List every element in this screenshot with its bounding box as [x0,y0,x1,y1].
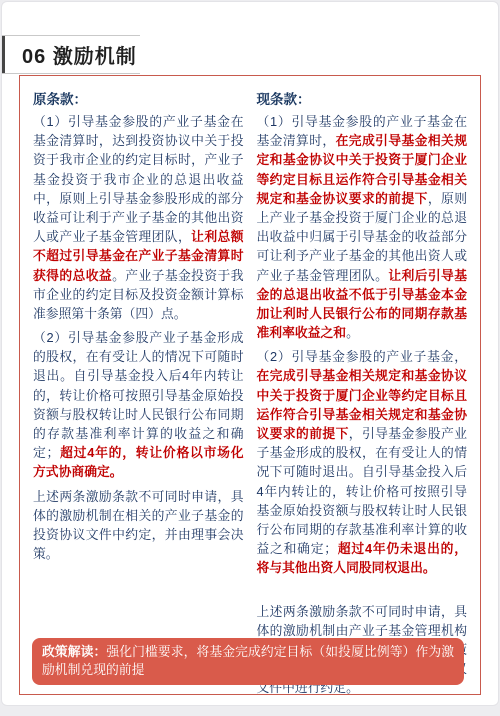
current-clause-column: 现条款： （1）引导基金参股的产业子基金在基金清算时，在完成引导基金相关规定和基… [257,88,468,702]
policy-interpretation-label: 政策解读： [42,644,106,659]
slide-card: 06 激励机制 原条款： （1）引导基金参股的产业子基金在基金清算时，达到投资协… [1,1,499,706]
original-clause-paragraph-1: （1）引导基金参股的产业子基金在基金清算时，达到投资协议中关于投资于我市企业的约… [33,112,244,323]
page-title: 06 激励机制 [2,35,140,74]
current-clause-label: 现条款： [257,88,468,108]
header-accent-bar [2,36,5,73]
original-clause-column: 原条款： （1）引导基金参股的产业子基金在基金清算时，达到投资协议中关于投资于我… [33,88,244,702]
original-clause-paragraph-2: （2）引导基金参股产业子基金形成的股权，在有受让人的情况下可随时退出。自引导基金… [33,328,244,482]
original-clause-label: 原条款： [33,88,244,108]
clause-columns: 原条款： （1）引导基金参股的产业子基金在基金清算时，达到投资协议中关于投资于我… [20,76,480,702]
section-header: 06 激励机制 [2,35,140,74]
current-clause-paragraph-2: （2）引导基金参股的产业子基金，在完成引导基金相关规定和基金协议中关于投资于厦门… [257,347,468,577]
policy-interpretation-banner: 政策解读：强化门槛要求，将基金完成约定目标（如投厦比例等）作为激励机制兑现的前提 [32,638,464,685]
clause-comparison-box: 原条款： （1）引导基金参股的产业子基金在基金清算时，达到投资协议中关于投资于我… [19,75,481,695]
original-clause-paragraph-3: 上述两条激励条款不可同时申请，具体的激励机制在相关的产业子基金的投资协议文件中约… [33,487,244,564]
current-clause-paragraph-1: （1）引导基金参股的产业子基金在基金清算时，在完成引导基金相关规定和基金协议中关… [257,112,468,342]
